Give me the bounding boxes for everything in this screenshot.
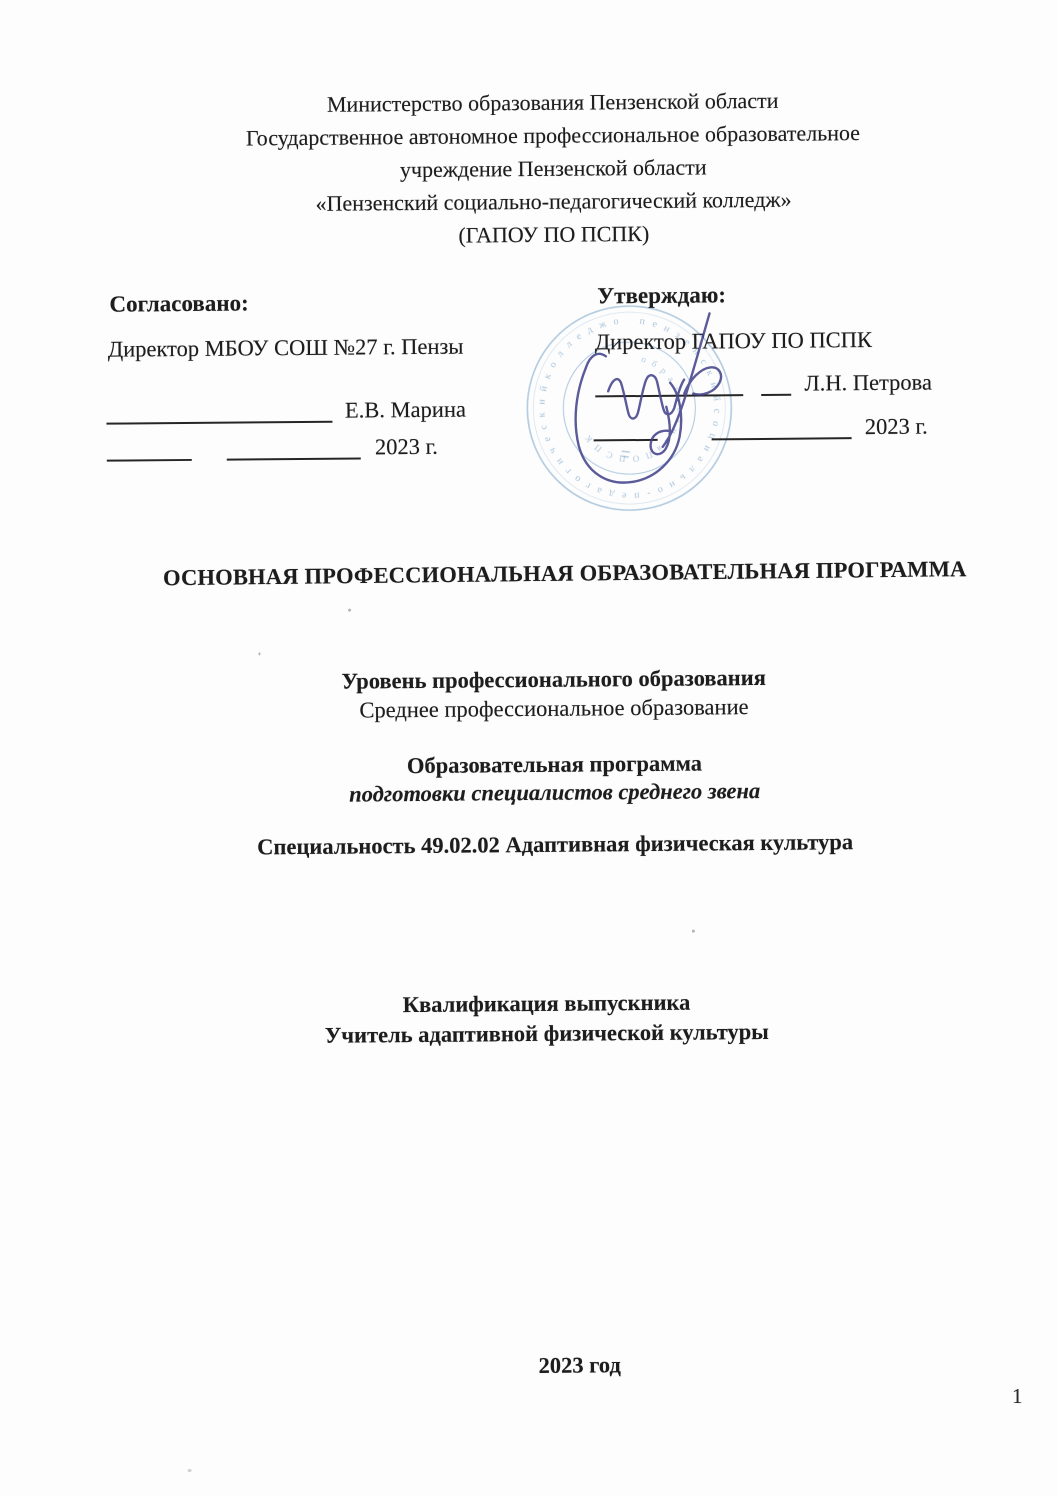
organization-header: Министерство образования Пензенской обла… <box>24 81 1058 255</box>
document-sheet: Министерство образования Пензенской обла… <box>0 0 1058 1496</box>
agreed-role: Директор МБОУ СОШ №27 г. Пензы <box>108 334 464 363</box>
approved-signer-name: Л.Н. Петрова <box>804 369 932 395</box>
qualification-value: Учитель адаптивной физической культуры <box>18 1016 1058 1051</box>
signature-line <box>761 392 791 396</box>
agreed-signature-row: Е.В. Марина <box>106 397 466 426</box>
scan-speck <box>258 652 260 655</box>
signature-ink <box>537 288 749 520</box>
education-level-value: Среднее профессиональное образование <box>25 691 1058 726</box>
date-line <box>107 457 192 462</box>
document-title: ОСНОВНАЯ ПРОФЕССИОНАЛЬНАЯ ОБРАЗОВАТЕЛЬНА… <box>36 555 1058 593</box>
scan-speck <box>692 930 695 933</box>
date-line <box>226 455 360 460</box>
qualification-heading: Квалификация выпускника <box>17 986 1058 1021</box>
page-number: 1 <box>1012 1384 1023 1409</box>
year-line: 2023 год <box>51 1348 1058 1383</box>
agreed-date-row: 2023 г. <box>107 434 438 463</box>
scan-speck <box>188 1469 192 1472</box>
scanned-document-page: Министерство образования Пензенской обла… <box>0 0 1058 1496</box>
signature-line <box>106 419 332 425</box>
approved-date-suffix: 2023 г. <box>865 414 928 440</box>
handwritten-signature <box>537 288 749 520</box>
agreed-heading: Согласовано: <box>109 290 248 317</box>
agreed-signer-name: Е.В. Марина <box>345 397 466 423</box>
agreed-date-suffix: 2023 г. <box>375 434 438 460</box>
scan-speck <box>348 609 351 612</box>
specialty-line: Специальность 49.02.02 Адаптивная физиче… <box>26 827 1058 862</box>
